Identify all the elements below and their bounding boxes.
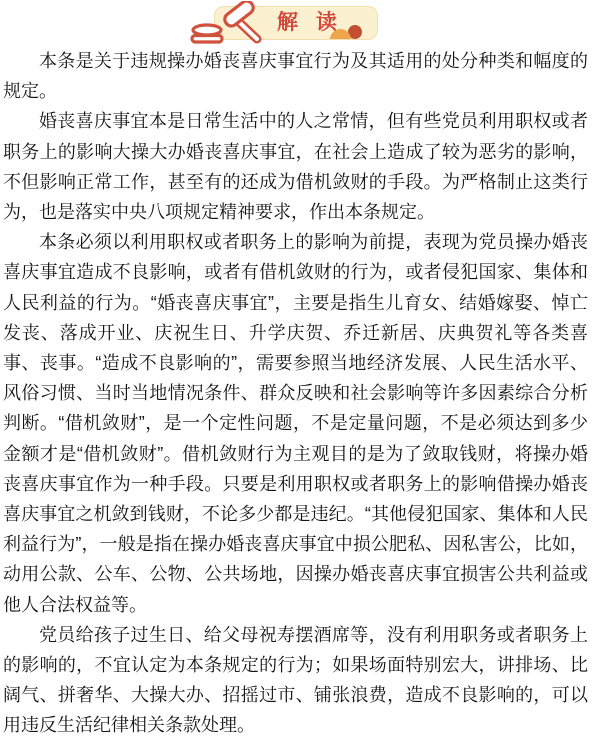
paragraph-2: 婚丧喜庆事宜本是日常生活中的人之常情，但有些党员利用职权或者职务上的影响大操大办… bbox=[3, 106, 588, 227]
paragraph-1: 本条是关于违规操办婚丧喜庆事宜行为及其适用的处分种类和幅度的规定。 bbox=[3, 46, 588, 106]
paragraph-4: 党员给孩子过生日、给父母祝寿摆酒席等，没有利用职务或者职务上的影响的，不宜认定为… bbox=[3, 620, 588, 741]
interpretation-badge: 解 读 bbox=[214, 6, 378, 40]
paragraph-3: 本条必须以利用职权或者职务上的影响为前提，表现为党员操办婚丧喜庆事宜造成不良影响… bbox=[3, 227, 588, 620]
document-page: 解 读 本条是关于违规操办婚丧喜庆事宜行为及其适用的处分种 bbox=[0, 0, 592, 746]
header: 解 读 bbox=[0, 0, 592, 46]
article-body: 本条是关于违规操办婚丧喜庆事宜行为及其适用的处分种类和幅度的规定。 婚丧喜庆事宜… bbox=[0, 46, 592, 741]
